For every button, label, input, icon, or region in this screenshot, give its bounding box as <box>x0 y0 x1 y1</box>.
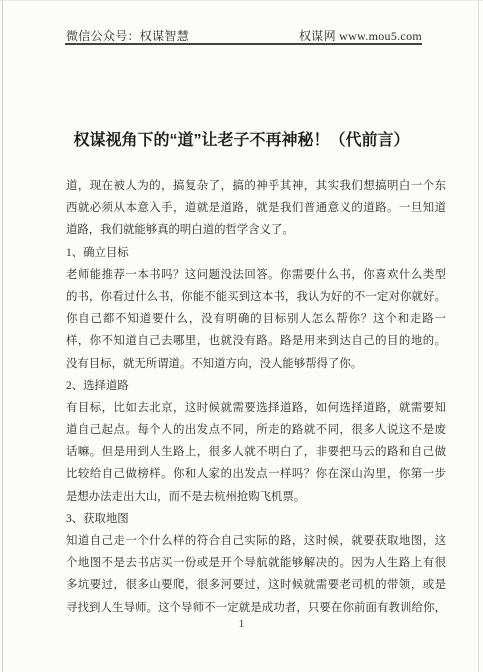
section-heading: 3、获取地图 <box>66 508 446 530</box>
text-line: 是想办法走出大山，而不是去杭州抢购飞机票。 <box>66 486 446 508</box>
text-line: 道，现在被人为的，搞复杂了，搞的神乎其神，其实我们想搞明白一个东 <box>66 175 446 197</box>
text-line: 知道自己走一个什么样的符合自己实际的路，这时候，就要获取地图，这 <box>66 530 446 552</box>
scan-edge-left <box>2 0 3 672</box>
text-line: 个地图不是去书店买一份或是开个导航就能够解决的。因为人生路上有很 <box>66 552 446 574</box>
section-heading: 1、确立目标 <box>66 242 446 264</box>
text-line: 有目标，比如去北京，这时候就需要选择道路，如何选择道路，就需要知 <box>66 397 446 419</box>
header-wechat-account: 微信公众号：权谋智慧 <box>66 27 189 44</box>
text-line: 没有目标，就无所谓道。不知道方向，没人能够帮得了你。 <box>66 353 446 375</box>
header-rule <box>65 43 422 45</box>
text-line: 道路，我们就能够真的明白道的哲学含义了。 <box>66 219 446 241</box>
document-body: 道，现在被人为的，搞复杂了，搞的神乎其神，其实我们想搞明白一个东西就必须从本意入… <box>66 175 446 619</box>
text-line: 话嘛。但是用到人生路上，很多人就不明白了，非要把马云的路和自己做 <box>66 441 446 463</box>
page-number: 1 <box>0 618 483 630</box>
text-line: 比较给自己做榜样。你和人家的出发点一样吗？你在深山沟里，你第一步 <box>66 463 446 485</box>
document-title: 权谋视角下的“道”让老子不再神秘！（代前言） <box>0 127 483 150</box>
section-heading: 2、选择道路 <box>66 375 446 397</box>
page-header: 微信公众号：权谋智慧 权谋网 www.mou5.com <box>66 27 422 44</box>
text-line: 道自己起点。每个人的出发点不同，所走的路就不同，很多人说这不是废 <box>66 419 446 441</box>
text-line: 老师能推荐一本书吗？这问题没法回答。你需要什么书，你喜欢什么类型 <box>66 264 446 286</box>
text-line: 寻找到人生导师。这个导师不一定就是成功者，只要在你前面有教训给你， <box>66 597 446 619</box>
text-line: 样，你不知道自己去哪里，也就没有路。路是用来到达自己的目的地的。 <box>66 330 446 352</box>
text-line: 你自己都不知道要什么，没有明确的目标别人怎么帮你？这个和走路一 <box>66 308 446 330</box>
scanned-document-page: 微信公众号：权谋智慧 权谋网 www.mou5.com 权谋视角下的“道”让老子… <box>0 0 483 672</box>
text-line: 多坑要过，很多山要爬，很多河要过，这时候就需要老司机的带领，或是 <box>66 574 446 596</box>
scan-edge-right <box>478 0 479 672</box>
scan-edge-top <box>0 0 483 1</box>
text-line: 的书，你看过什么书，你能不能买到这本书，我认为好的不一定对你就好。 <box>66 286 446 308</box>
header-site-url: 权谋网 www.mou5.com <box>299 27 422 44</box>
text-line: 西就必须从本意入手，道就是道路，就是我们普通意义的道路。一旦知道 <box>66 197 446 219</box>
